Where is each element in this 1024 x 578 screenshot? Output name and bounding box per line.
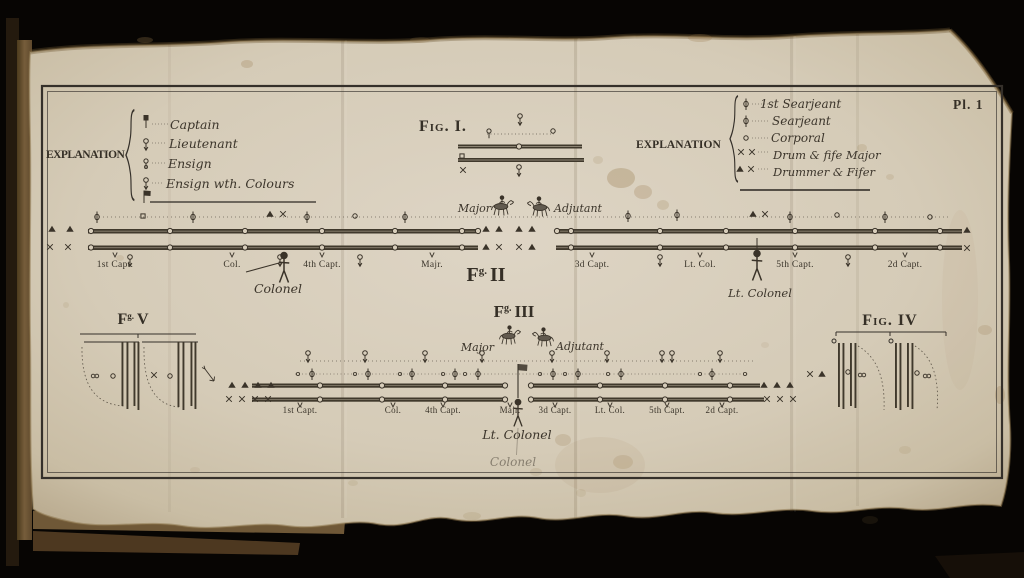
explanation-left-heading: EXPLANATION	[46, 149, 126, 161]
fig2-major-label: Major	[457, 202, 492, 215]
company-label: 3d Capt.	[575, 260, 610, 270]
company-label: Majr.	[421, 260, 443, 270]
explanation-right-item-label: Drum & fife Major	[772, 148, 882, 162]
explanation-left-item-label: Captain	[170, 117, 220, 132]
company-label: 2d Capt.	[888, 260, 923, 270]
explanation-right-item-label: Corporal	[771, 131, 825, 145]
company-label: 5th Capt.	[776, 260, 814, 270]
explanation-right-item-label: Searjeant	[772, 114, 831, 128]
fig4-title: Fig. IV	[862, 312, 917, 329]
fig2-adjutant-label: Adjutant	[553, 202, 603, 215]
fig3-major-label: Major	[460, 341, 495, 354]
book-photograph: Pl. 1 EXPLANATION Captain Lieutenant Ens…	[0, 0, 1024, 578]
company-label: 5th Capt.	[649, 405, 685, 415]
fig1-front-rank-bar	[458, 144, 582, 149]
explanation-left-item-label: Ensign wth. Colours	[165, 176, 294, 191]
company-label: 3d Capt.	[539, 405, 572, 415]
explanation-right-heading: EXPLANATION	[636, 139, 722, 151]
company-label: 1st Capt.	[97, 260, 133, 270]
company-label: Lt. Col.	[595, 405, 625, 415]
plate-number: Pl. 1	[953, 97, 984, 112]
paper-sheet	[29, 30, 1012, 528]
company-label: 4th Capt.	[303, 260, 341, 270]
plate-photo: Pl. 1 EXPLANATION Captain Lieutenant Ens…	[0, 0, 1024, 578]
company-label: 4th Capt.	[425, 405, 461, 415]
company-label: 1st Capt.	[283, 405, 318, 415]
explanation-left-item-label: Ensign	[167, 156, 212, 171]
plate-page: Pl. 1 EXPLANATION Captain Lieutenant Ens…	[29, 30, 1012, 528]
explanation-right-item-label: 1st Searjeant	[760, 97, 841, 111]
company-label: Col.	[385, 405, 401, 415]
fig3-colonel-label: Colonel	[490, 455, 536, 469]
fig3-lt-colonel-label: Lt. Colonel	[481, 427, 551, 442]
fig3-adjutant-label: Adjutant	[555, 340, 605, 353]
fig1-title: Fig. I.	[419, 118, 467, 135]
fig2-lt-colonel-label: Lt. Colonel	[727, 286, 792, 300]
company-label: Col.	[223, 260, 240, 270]
company-label: Majr.	[500, 405, 521, 415]
company-label: Lt. Col.	[684, 260, 716, 270]
fig3-title: Fg.III	[494, 302, 535, 321]
fig2-colonel-label: Colonel	[254, 281, 302, 296]
explanation-left-item-label: Lieutenant	[168, 136, 239, 151]
explanation-right-item-label: Drummer & Fifer	[772, 165, 877, 179]
company-label: 2d Capt.	[706, 405, 739, 415]
